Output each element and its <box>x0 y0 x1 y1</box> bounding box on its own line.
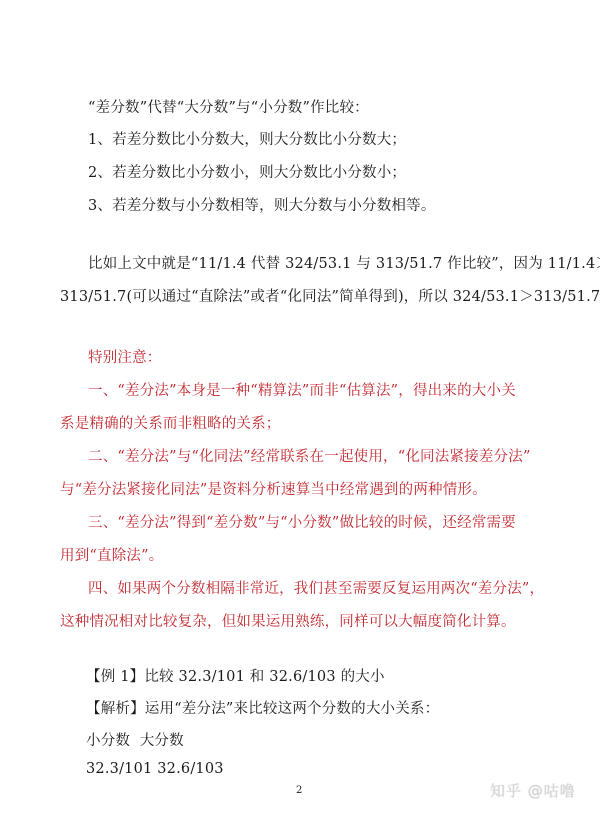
note-4-line-1: 四、如果两个分数相隔非常近，我们甚至需要反复运用两次“差分法”， <box>88 577 544 598</box>
rule-3: 3、若差分数与小分数相等，则大分数与小分数相等。 <box>88 194 436 215</box>
watermark: 知乎 @咕噜 <box>490 780 576 801</box>
example-title: 【例 1】比较 32.3/101 和 32.6/103 的大小 <box>86 665 385 686</box>
fraction-values: 32.3/101 32.6/103 <box>86 761 224 777</box>
note-1-line-1: 一、“差分法”本身是一种“精算法”而非“估算法”，得出来的大小关 <box>88 379 516 400</box>
page-number: 2 <box>296 785 302 796</box>
note-1-line-2: 系是精确的关系而非粗略的关系； <box>60 412 281 433</box>
rule-1: 1、若差分数比小分数大，则大分数比小分数大； <box>88 128 406 149</box>
note-3-line-2: 用到“直除法”。 <box>60 544 163 565</box>
example-text-line-2: 313/51.7(可以通过“直除法”或者“化同法”简单得到)，所以 324/53… <box>60 285 600 306</box>
rule-2: 2、若差分数比小分数小，则大分数比小分数小； <box>88 161 406 182</box>
intro-text: “差分数”代替“大分数”与“小分数”作比较： <box>88 96 369 117</box>
note-2-line-1: 二、“差分法”与“化同法”经常联系在一起使用，“化同法紧接差分法” <box>88 445 531 466</box>
analysis-text: 【解析】运用“差分法”来比较这两个分数的大小关系： <box>86 697 439 718</box>
notes-title: 特别注意： <box>88 346 162 367</box>
example-text-line-1: 比如上文中就是“11/1.4 代替 324/53.1 与 313/51.7 作比… <box>88 252 600 273</box>
document-page: “差分数”代替“大分数”与“小分数”作比较： 1、若差分数比小分数大，则大分数比… <box>0 0 600 815</box>
fraction-header: 小分数 大分数 <box>86 729 184 750</box>
note-3-line-1: 三、“差分法”得到“差分数”与“小分数”做比较的时候，还经常需要 <box>88 511 516 532</box>
note-4-line-2: 这种情况相对比较复杂，但如果运用熟练，同样可以大幅度简化计算。 <box>60 610 516 631</box>
note-2-line-2: 与“差分法紧接化同法”是资料分析速算当中经常遇到的两种情形。 <box>60 478 487 499</box>
